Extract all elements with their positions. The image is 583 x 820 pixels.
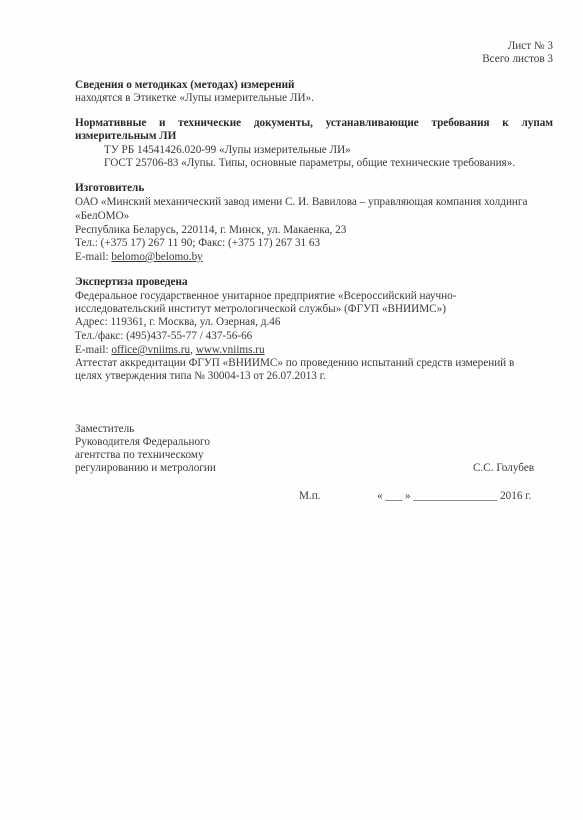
signatory-title-2: Руководителя Федерального bbox=[75, 436, 210, 449]
total-sheets: Всего листов 3 bbox=[482, 53, 553, 66]
signatory-title-3: агентства по техническому bbox=[75, 449, 204, 462]
manufacturer-name-cont: «БелОМО» bbox=[75, 210, 129, 223]
manufacturer-email-row: E-mail: belomo@belomo.by bbox=[75, 251, 203, 264]
signature-date: « ___ » _______________ 2016 г. bbox=[377, 490, 531, 503]
accreditation-text-cont: целях утверждения типа № 30004-13 от 26.… bbox=[75, 370, 326, 383]
accreditation-text: Аттестат аккредитации ФГУП «ВНИИМС» по п… bbox=[75, 357, 514, 370]
sheet-number: Лист № 3 bbox=[508, 40, 553, 53]
expertise-org-cont: исследовательский институт метрологическ… bbox=[75, 303, 446, 316]
methods-text: находятся в Этикетке «Лупы измерительные… bbox=[75, 92, 314, 105]
manufacturer-address: Республика Беларусь, 220114, г. Минск, у… bbox=[75, 224, 346, 237]
expertise-website-link[interactable]: www.vniims.ru bbox=[196, 344, 265, 356]
manufacturer-phone: Тел.: (+375 17) 267 11 90; Факс: (+375 1… bbox=[75, 237, 320, 250]
email-label: E-mail: bbox=[75, 251, 111, 263]
manufacturer-name: ОАО «Минский механический завод имени С.… bbox=[75, 196, 527, 209]
signatory-name: С.С. Голубев bbox=[473, 462, 534, 475]
expertise-email-link[interactable]: office@vniims.ru bbox=[111, 344, 190, 356]
email-label: E-mail: bbox=[75, 344, 111, 356]
normative-heading: Нормативные и технические документы, уст… bbox=[75, 117, 553, 130]
signatory-title-1: Заместитель bbox=[75, 423, 134, 436]
document-page: Лист № 3 Всего листов 3 Сведения о метод… bbox=[0, 0, 583, 820]
normative-doc-2: ГОСТ 25706-83 «Лупы. Типы, основные пара… bbox=[104, 157, 515, 170]
normative-doc-1: ТУ РБ 14541426.020-99 «Лупы измерительны… bbox=[104, 144, 351, 157]
expertise-org: Федеральное государственное унитарное пр… bbox=[75, 290, 456, 303]
stamp-place: М.п. bbox=[299, 490, 321, 503]
expertise-phone: Тел./факс: (495)437-55-77 / 437-56-66 bbox=[75, 330, 252, 343]
expertise-heading: Экспертиза проведена bbox=[75, 276, 188, 289]
signatory-title-4: регулированию и метрологии bbox=[75, 462, 216, 475]
expertise-email-row: E-mail: office@vniims.ru, www.vniims.ru bbox=[75, 344, 265, 357]
methods-heading: Сведения о методиках (методах) измерений bbox=[75, 79, 294, 92]
expertise-address: Адрес: 119361, г. Москва, ул. Озерная, д… bbox=[75, 316, 280, 329]
manufacturer-email-link[interactable]: belomo@belomo.by bbox=[111, 251, 202, 263]
normative-heading-cont: измерительным ЛИ bbox=[75, 130, 176, 143]
manufacturer-heading: Изготовитель bbox=[75, 182, 144, 195]
